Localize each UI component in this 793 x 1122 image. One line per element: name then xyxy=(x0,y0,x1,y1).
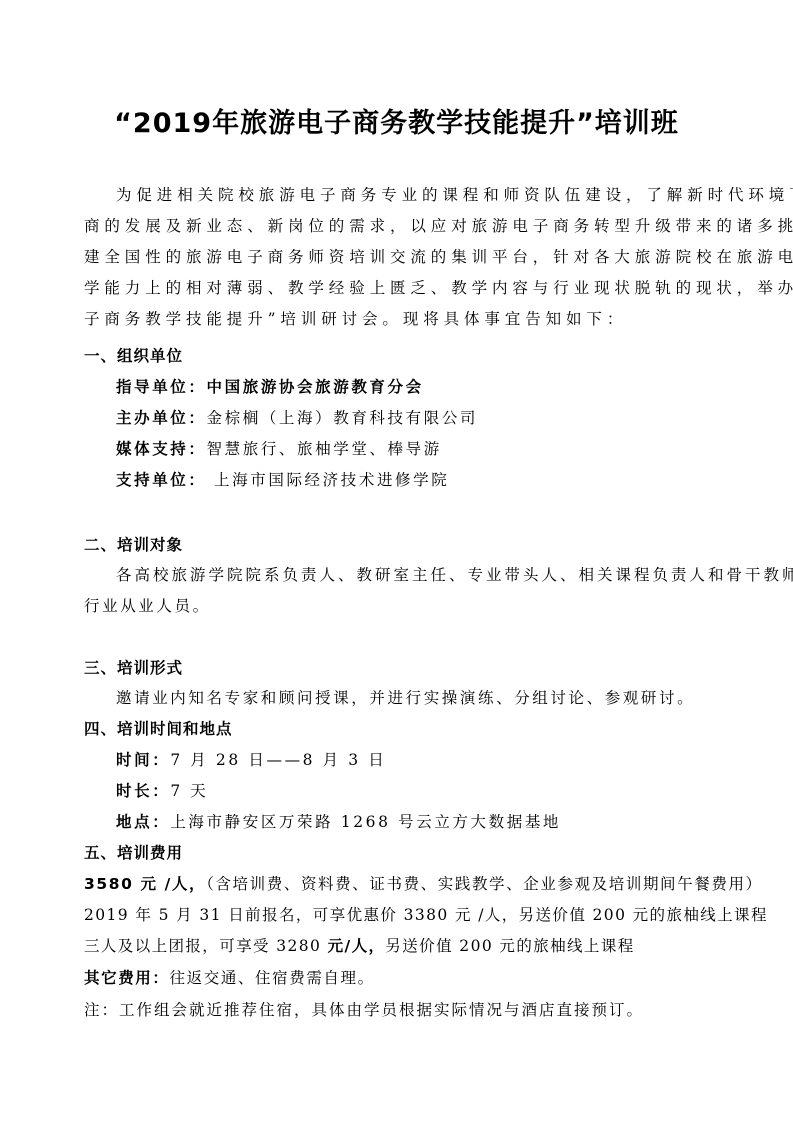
section-heading-time-place: 四、培训时间和地点 xyxy=(84,718,233,740)
price-includes: （含培训费、资料费、证书费、实践教学、企业参观及培训期间午餐费用） xyxy=(206,875,763,893)
fee-early-bird: 2019 年 5 月 31 日前报名，可享优惠价 3380 元 /人，另送价值 … xyxy=(84,904,768,926)
group-suffix: 另送价值 200 元的旅柚线上课程 xyxy=(385,937,634,955)
accommodation-note: 注：工作组会就近推荐住宿，具体由学员根据实际情况与酒店直接预订。 xyxy=(84,999,644,1021)
intro-line: 商的发展及新业态、新岗位的需求，以应对旅游电子商务转型升级带来的诸多挑战，特搭 xyxy=(84,215,793,237)
section-heading-organizers: 一、组织单位 xyxy=(84,345,183,367)
item-value: 上海市国际经济技术进修学院 xyxy=(207,471,450,489)
intro-line: 建全国性的旅游电子商务师资培训交流的集训平台，针对各大旅游院校在旅游电子商务教 xyxy=(84,246,793,268)
intro-line: 为促进相关院校旅游电子商务专业的课程和师资队伍建设，了解新时代环境下知名电 xyxy=(116,184,793,206)
item-label: 支持单位： xyxy=(116,471,207,489)
item-label: 地点： xyxy=(116,813,170,831)
fee-other: 其它费用：往返交通、住宿费需自理。 xyxy=(84,967,375,989)
section-heading-fees: 五、培训费用 xyxy=(84,842,183,864)
intro-line: 学能力上的相对薄弱、教学经验上匮乏、教学内容与行业现状脱轨的现状，举办“旅游电 xyxy=(84,277,793,299)
fee-group: 三人及以上团报，可享受 3280 元/人，另送价值 200 元的旅柚线上课程 xyxy=(84,935,635,957)
organizer-media: 媒体支持：智慧旅行、旅柚学堂、棒导游 xyxy=(116,438,442,460)
item-label: 主办单位： xyxy=(116,409,207,427)
schedule-time: 时间：7 月 28 日——8 月 3 日 xyxy=(116,749,386,771)
item-label: 指导单位： xyxy=(116,378,207,396)
organizer-host: 主办单位：金棕榈（上海）教育科技有限公司 xyxy=(116,407,478,429)
section-heading-audience: 二、培训对象 xyxy=(84,534,183,556)
item-value: 7 月 28 日——8 月 3 日 xyxy=(170,751,386,769)
document-title: “2019年旅游电子商务教学技能提升”培训班 xyxy=(0,106,793,142)
item-label: 媒体支持： xyxy=(116,440,207,458)
item-value: 7 天 xyxy=(170,782,208,800)
format-text: 邀请业内知名专家和顾问授课，并进行实操演练、分组讨论、参观研讨。 xyxy=(116,687,695,709)
fee-standard: 3580 元 /人，（含培训费、资料费、证书费、实践教学、企业参观及培训期间午餐… xyxy=(84,873,763,895)
schedule-duration: 时长：7 天 xyxy=(116,780,208,802)
item-value: 中国旅游协会旅游教育分会 xyxy=(207,378,424,396)
schedule-location: 地点：上海市静安区万荣路 1268 号云立方大数据基地 xyxy=(116,811,561,833)
item-value: 金棕榈（上海）教育科技有限公司 xyxy=(207,409,479,427)
item-label: 时长： xyxy=(116,782,170,800)
item-value: 智慧旅行、旅柚学堂、棒导游 xyxy=(207,440,442,458)
audience-line: 各高校旅游学院院系负责人、教研室主任、专业带头人、相关课程负责人和骨干教师; xyxy=(116,564,793,586)
intro-line: 子商务教学技能提升”培训研讨会。现将具体事宜告知如下： xyxy=(84,308,627,330)
item-value: 上海市静安区万荣路 1268 号云立方大数据基地 xyxy=(170,813,561,831)
document-page: “2019年旅游电子商务教学技能提升”培训班 为促进相关院校旅游电子商务专业的课… xyxy=(0,0,793,1122)
price-amount: 3580 元 /人， xyxy=(84,875,206,893)
group-prefix: 三人及以上团报，可享受 3280 xyxy=(84,937,328,955)
group-price-unit: 元/人， xyxy=(328,937,386,955)
item-label: 时间： xyxy=(116,751,170,769)
other-fee-label: 其它费用： xyxy=(84,969,170,987)
other-fee-value: 往返交通、住宿费需自理。 xyxy=(170,969,375,987)
section-heading-format: 三、培训形式 xyxy=(84,657,183,679)
audience-line: 行业从业人员。 xyxy=(84,595,211,617)
organizer-guide: 指导单位：中国旅游协会旅游教育分会 xyxy=(116,376,424,398)
organizer-support: 支持单位： 上海市国际经济技术进修学院 xyxy=(116,469,449,491)
